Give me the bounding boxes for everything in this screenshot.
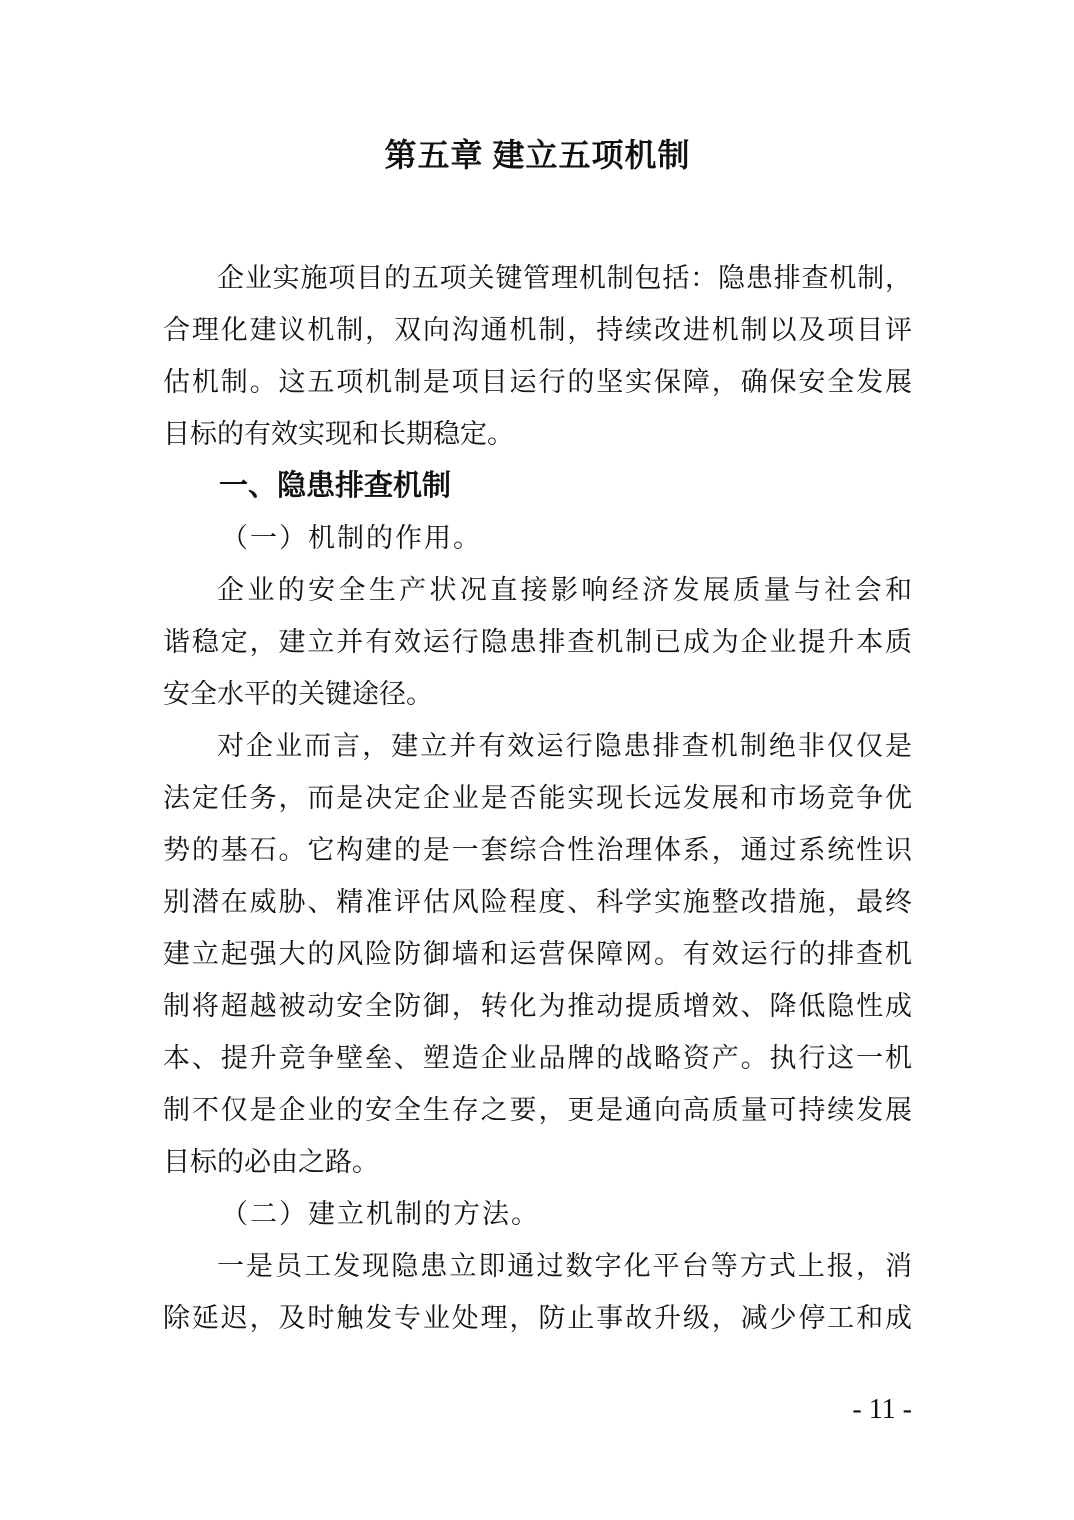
text-line: 企业的安全生产状况直接影响经济发展质量与社会和 bbox=[163, 564, 912, 616]
paragraph-method-1: 一是员工发现隐患立即通过数字化平台等方式上报，消 除延迟，及时触发专业处理，防止… bbox=[163, 1240, 912, 1344]
text-line: 一是员工发现隐患立即通过数字化平台等方式上报，消 bbox=[163, 1240, 912, 1292]
text-line: 本、提升竞争壁垒、塑造企业品牌的战略资产。执行这一机 bbox=[163, 1032, 912, 1084]
text-line: 企业实施项目的五项关键管理机制包括：隐患排查机制， bbox=[163, 252, 912, 304]
document-page: 第五章 建立五项机制 企业实施项目的五项关键管理机制包括：隐患排查机制， 合理化… bbox=[0, 0, 1074, 1520]
text-line: 对企业而言，建立并有效运行隐患排查机制绝非仅仅是 bbox=[163, 720, 912, 772]
page-number: - 11 - bbox=[163, 1392, 912, 1428]
text-line: 法定任务，而是决定企业是否能实现长远发展和市场竞争优 bbox=[163, 772, 912, 824]
subheading-1-role: （一）机制的作用。 bbox=[163, 512, 912, 564]
section-heading-1: 一、隐患排查机制 bbox=[163, 460, 912, 512]
paragraph-role-1: 企业的安全生产状况直接影响经济发展质量与社会和 谐稳定，建立并有效运行隐患排查机… bbox=[163, 564, 912, 720]
text-line: 除延迟，及时触发专业处理，防止事故升级，减少停工和成 bbox=[163, 1292, 912, 1344]
text-line: 目标的必由之路。 bbox=[163, 1136, 912, 1188]
subheading-2-method: （二）建立机制的方法。 bbox=[163, 1188, 912, 1240]
paragraph-role-2: 对企业而言，建立并有效运行隐患排查机制绝非仅仅是 法定任务，而是决定企业是否能实… bbox=[163, 720, 912, 1188]
text-line: 估机制。这五项机制是项目运行的坚实保障，确保安全发展 bbox=[163, 356, 912, 408]
text-line: 别潜在威胁、精准评估风险程度、科学实施整改措施，最终 bbox=[163, 876, 912, 928]
text-line: 势的基石。它构建的是一套综合性治理体系，通过系统性识 bbox=[163, 824, 912, 876]
text-line: 安全水平的关键途径。 bbox=[163, 668, 912, 720]
chapter-title: 第五章 建立五项机制 bbox=[163, 129, 912, 181]
text-line: 制不仅是企业的安全生存之要，更是通向高质量可持续发展 bbox=[163, 1084, 912, 1136]
text-line: 建立起强大的风险防御墙和运营保障网。有效运行的排查机 bbox=[163, 928, 912, 980]
paragraph-intro: 企业实施项目的五项关键管理机制包括：隐患排查机制， 合理化建议机制，双向沟通机制… bbox=[163, 252, 912, 460]
document-body: 企业实施项目的五项关键管理机制包括：隐患排查机制， 合理化建议机制，双向沟通机制… bbox=[163, 252, 912, 1344]
text-line: 目标的有效实现和长期稳定。 bbox=[163, 408, 912, 460]
text-line: 谐稳定，建立并有效运行隐患排查机制已成为企业提升本质 bbox=[163, 616, 912, 668]
text-line: 合理化建议机制，双向沟通机制，持续改进机制以及项目评 bbox=[163, 304, 912, 356]
text-line: 制将超越被动安全防御，转化为推动提质增效、降低隐性成 bbox=[163, 980, 912, 1032]
